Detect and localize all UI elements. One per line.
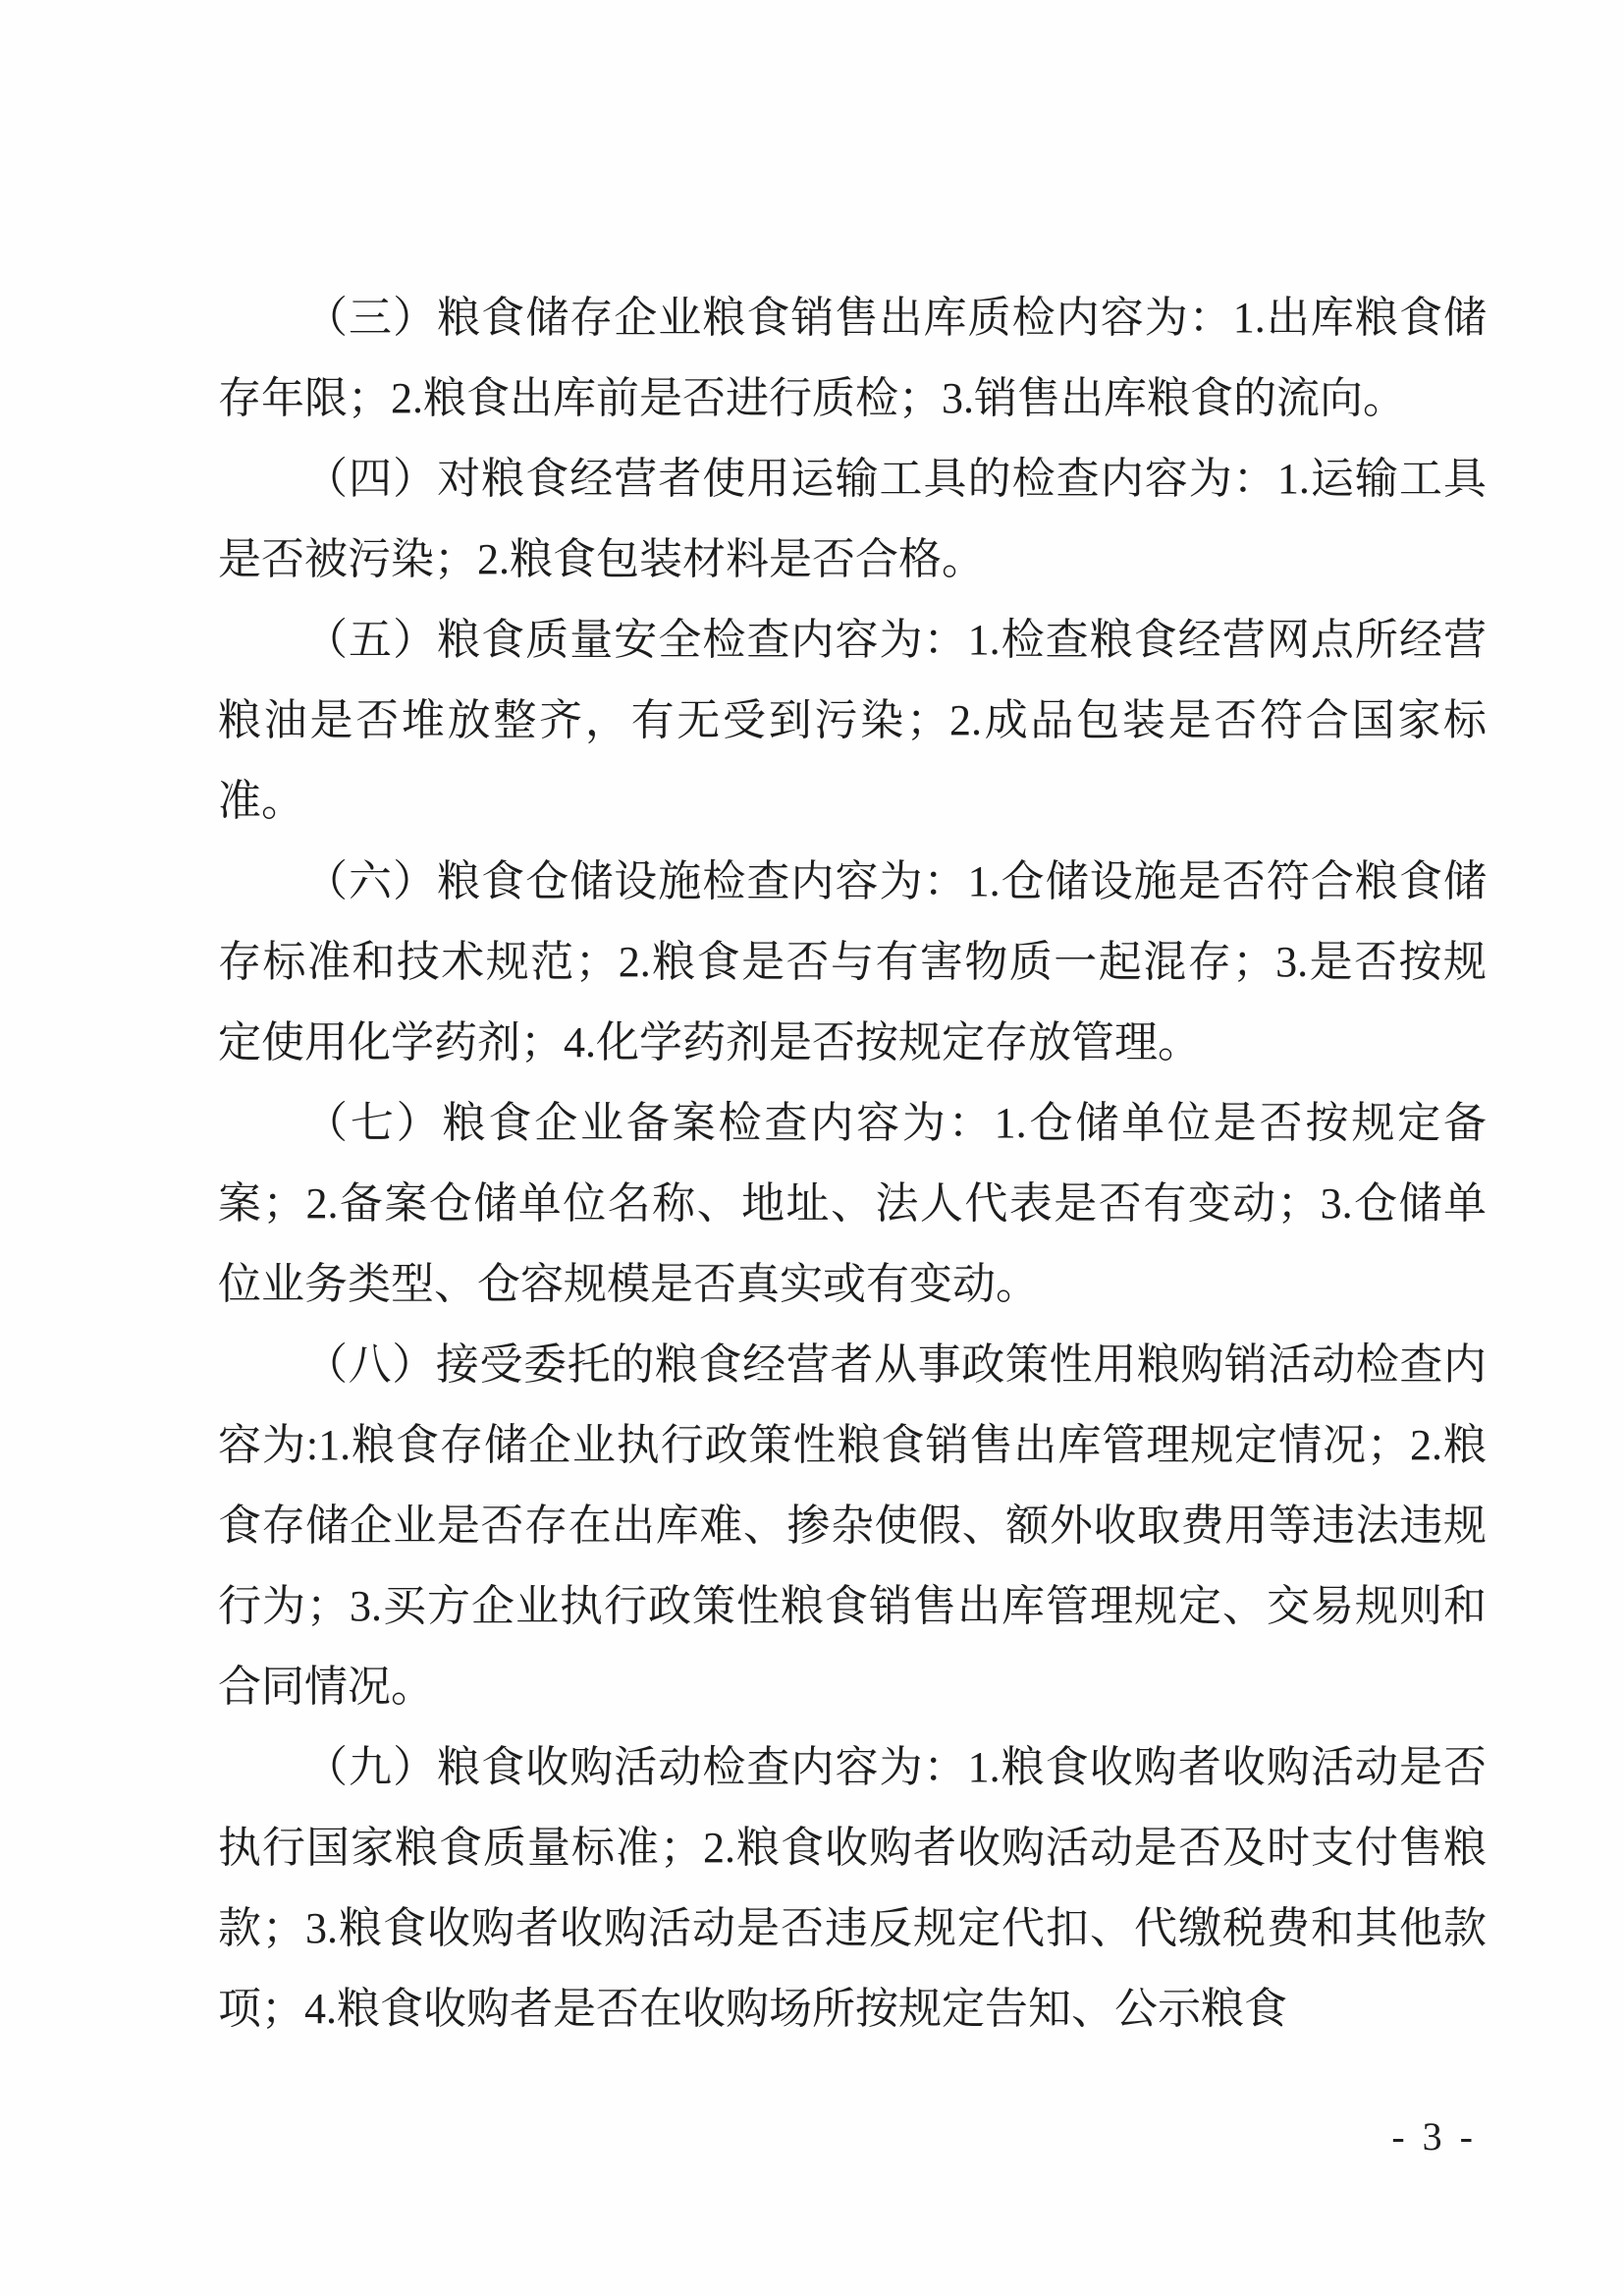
paragraph-item-liu: （六）粮食仓储设施检查内容为：1.仓储设施是否符合粮食储存标准和技术规范；2.粮…	[218, 842, 1487, 1083]
paragraph-item-wu: （五）粮食质量安全检查内容为：1.检查粮食经营网点所经营粮油是否堆放整齐，有无受…	[218, 600, 1487, 842]
paragraph-item-ba: （八）接受委托的粮食经营者从事政策性用粮购销活动检查内容为:1.粮食存储企业执行…	[218, 1325, 1487, 1727]
paragraph-item-si: （四）对粮食经营者使用运输工具的检查内容为：1.运输工具是否被污染；2.粮食包装…	[218, 439, 1487, 600]
paragraph-item-qi: （七）粮食企业备案检查内容为：1.仓储单位是否按规定备案；2.备案仓储单位名称、…	[218, 1083, 1487, 1325]
paragraph-item-jiu: （九）粮食收购活动检查内容为：1.粮食收购者收购活动是否执行国家粮食质量标准；2…	[218, 1727, 1487, 2050]
document-body: （三）粮食储存企业粮食销售出库质检内容为：1.出库粮食储存年限；2.粮食出库前是…	[218, 278, 1487, 2050]
page-number: - 3 -	[1391, 2113, 1477, 2160]
paragraph-item-san: （三）粮食储存企业粮食销售出库质检内容为：1.出库粮食储存年限；2.粮食出库前是…	[218, 278, 1487, 439]
document-page: （三）粮食储存企业粮食销售出库质检内容为：1.出库粮食储存年限；2.粮食出库前是…	[0, 0, 1624, 2296]
